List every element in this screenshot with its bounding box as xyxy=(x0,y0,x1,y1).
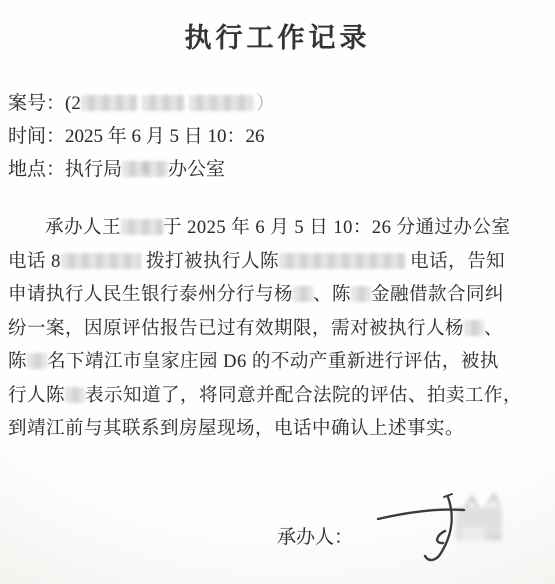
redaction-blur xyxy=(351,286,371,302)
redaction-blur xyxy=(464,320,484,336)
paragraph-line: 陈名下靖江市皇家庄园 D6 的不动产重新进行评估，被执 xyxy=(8,346,547,380)
document-title: 执行工作记录 xyxy=(0,0,555,55)
signatory-label: 承办人： xyxy=(277,522,353,549)
redaction-blur: 8 xyxy=(122,161,168,177)
record-paragraph: 承办人王于 2025 年 6 月 5 日 10：26 分通过办公室 电话 8 拨… xyxy=(8,212,547,447)
text-segment: 到靖江前与其联系到房屋现场，电话中确认上述事实。 xyxy=(8,419,464,439)
redaction-blur xyxy=(27,353,47,369)
text-segment: 电话 8 xyxy=(8,252,61,272)
location-line: 地点：执行局8办公室 xyxy=(8,153,547,186)
text-segment: 表示知道了，将同意并配合法院的评估、拍卖工作， xyxy=(85,386,522,406)
handwritten-signature xyxy=(372,485,512,575)
text-segment: 办公室 xyxy=(168,159,225,180)
redaction-blur xyxy=(121,219,163,235)
text-segment: 电话，告知 xyxy=(405,252,505,272)
text-segment: 陈 xyxy=(8,352,27,372)
redaction-blur xyxy=(81,95,137,111)
signature-row: 承办人： xyxy=(0,503,555,583)
redaction-blur xyxy=(279,253,405,269)
paragraph-line: 行人陈表示知道了，将同意并配合法院的评估、拍卖工作， xyxy=(8,380,547,414)
text-segment: 时间：2025 年 6 月 5 日 10：26 xyxy=(8,126,265,147)
time-line: 时间：2025 年 6 月 5 日 10：26 xyxy=(8,120,547,153)
text-segment: 申请执行人民生银行泰州分行与杨 xyxy=(8,285,293,305)
text-segment: 行人陈 xyxy=(8,386,65,406)
redaction-blur xyxy=(189,95,253,111)
paragraph-line: 申请执行人民生银行泰州分行与杨、陈金融借款合同纠 xyxy=(8,279,547,313)
redaction-blur xyxy=(142,95,184,111)
text-segment: 拨打被执行人陈 xyxy=(141,252,279,272)
signature-redaction-blur xyxy=(456,495,502,541)
redaction-blur xyxy=(61,253,141,269)
paragraph-line: 电话 8 拨打被执行人陈 电话，告知 xyxy=(8,246,547,280)
redaction-ghost-text: 8 xyxy=(122,161,168,177)
redaction-blur xyxy=(293,286,313,302)
signature-ink-icon xyxy=(372,485,512,575)
text-segment: 承办人王 xyxy=(45,218,121,238)
text-segment: 名下靖江市皇家庄园 D6 的不动产重新进行评估，被执 xyxy=(47,352,499,372)
text-segment: 于 2025 年 6 月 5 日 10：26 分通过办公室 xyxy=(163,218,511,238)
text-segment: 地点：执行局 xyxy=(8,159,122,180)
scanned-document-page: 执行工作记录 案号：(2） 时间：2025 年 6 月 5 日 10：26 地点… xyxy=(0,0,555,584)
text-segment: 、陈 xyxy=(313,285,351,305)
redaction-blur xyxy=(65,387,85,403)
text-segment: 纷一案，因原评估报告已过有效期限，需对被执行人杨 xyxy=(8,319,464,339)
text-segment: 、 xyxy=(484,319,503,339)
paragraph-line: 承办人王于 2025 年 6 月 5 日 10：26 分通过办公室 xyxy=(8,212,547,246)
meta-section: 案号：(2） 时间：2025 年 6 月 5 日 10：26 地点：执行局8办公… xyxy=(8,87,547,186)
text-segment: 金融借款合同纠 xyxy=(371,285,504,305)
paragraph-line: 纷一案，因原评估报告已过有效期限，需对被执行人杨、 xyxy=(8,313,547,347)
paragraph-line: 到靖江前与其联系到房屋现场，电话中确认上述事实。 xyxy=(8,413,547,447)
case-number-line: 案号：(2） xyxy=(8,87,547,120)
text-segment: 案号：(2 xyxy=(8,93,81,114)
text-segment: ） xyxy=(256,93,275,114)
